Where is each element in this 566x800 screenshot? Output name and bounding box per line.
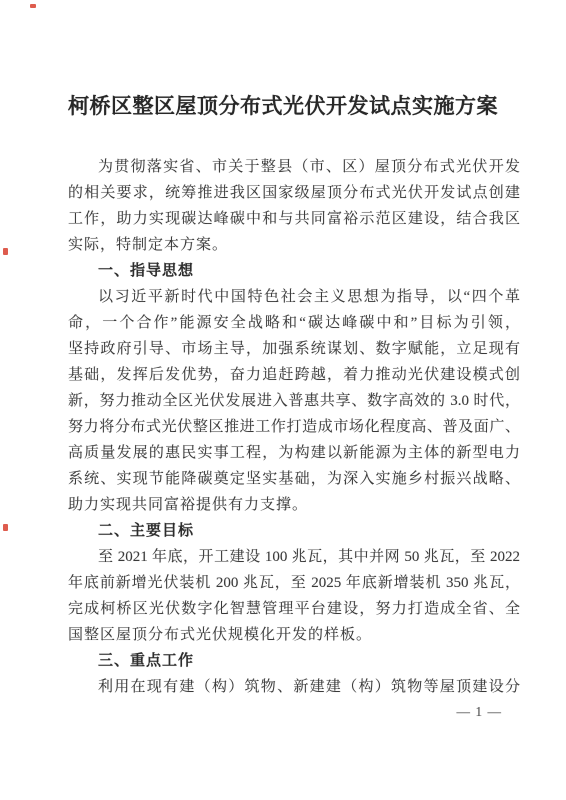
section-heading: 二、主要目标 — [68, 518, 520, 544]
text-line: 以习近平新时代中国特色社会主义思想为指导，以“四个革 — [68, 284, 520, 310]
text-line: 为贯彻落实省、市关于整县（市、区）屋顶分布式光伏开发 — [68, 154, 520, 180]
text-line: 利用在现有建（构）筑物、新建建（构）筑物等屋顶建设分 — [68, 674, 520, 700]
section-heading: 三、重点工作 — [68, 648, 520, 674]
text-line: 新，努力推动全区光伏发展进入普惠共享、数字高效的 3.0 时代， — [68, 388, 520, 414]
text-line: 的相关要求，统筹推进我区国家级屋顶分布式光伏开发试点创建 — [68, 180, 520, 206]
text-line: 国整区屋顶分布式光伏规模化开发的样板。 — [68, 622, 520, 648]
text-line: 至 2021 年底，开工建设 100 兆瓦，其中并网 50 兆瓦，至 2022 — [68, 544, 520, 570]
text-line: 系统、实现节能降碳奠定坚实基础，为深入实施乡村振兴战略、 — [68, 466, 520, 492]
text-line: 坚持政府引导、市场主导，加强系统谋划、数字赋能，立足现有 — [68, 336, 520, 362]
red-scan-mark — [3, 248, 8, 255]
text-line: 努力将分布式光伏整区推进工作打造成市场化程度高、普及面广、 — [68, 414, 520, 440]
text-line: 命，一个合作”能源安全战略和“碳达峰碳中和”目标为引领， — [68, 310, 520, 336]
text-line: 完成柯桥区光伏数字化智慧管理平台建设，努力打造成全省、全 — [68, 596, 520, 622]
text-line: 助力实现共同富裕提供有力支撑。 — [68, 492, 520, 518]
text-line: 高质量发展的惠民实事工程，为构建以新能源为主体的新型电力 — [68, 440, 520, 466]
page-number: — 1 — — [457, 703, 503, 721]
red-scan-mark — [3, 524, 8, 531]
document-page: 柯桥区整区屋顶分布式光伏开发试点实施方案 为贯彻落实省、市关于整县（市、区）屋顶… — [0, 0, 566, 800]
section-heading: 一、指导思想 — [68, 258, 520, 284]
document-body: 为贯彻落实省、市关于整县（市、区）屋顶分布式光伏开发 的相关要求，统筹推进我区国… — [68, 154, 520, 700]
document-title: 柯桥区整区屋顶分布式光伏开发试点实施方案 — [0, 92, 566, 122]
text-line: 实际，特制定本方案。 — [68, 232, 520, 258]
text-line: 基础，发挥后发优势，奋力追赶跨越，着力推动光伏建设模式创 — [68, 362, 520, 388]
text-line: 工作，助力实现碳达峰碳中和与共同富裕示范区建设，结合我区 — [68, 206, 520, 232]
text-line: 年底前新增光伏装机 200 兆瓦，至 2025 年底新增装机 350 兆瓦， — [68, 570, 520, 596]
red-scan-mark — [30, 4, 36, 8]
